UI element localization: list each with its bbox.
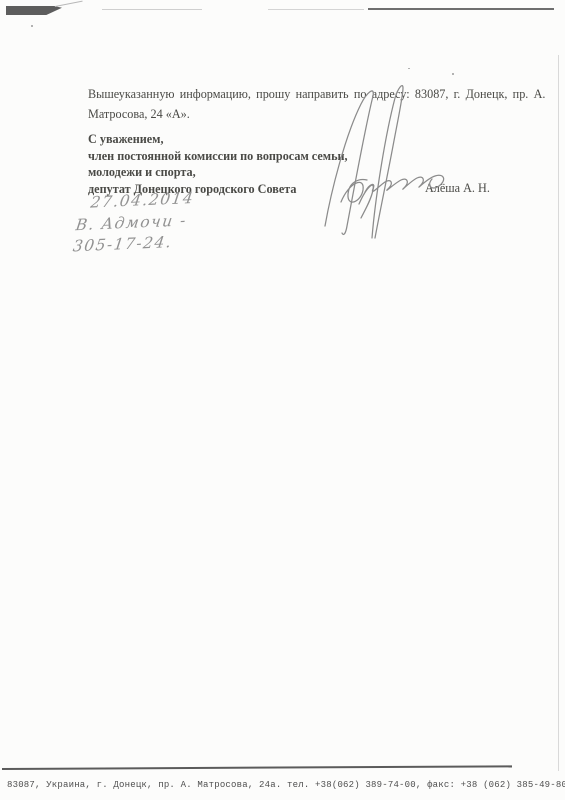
footer-divider-line [2,765,512,769]
closing-block: С уважением, член постоянной комиссии по… [88,131,348,197]
scan-speck [452,73,454,75]
scan-corner-artifact-tail [55,1,83,7]
signature-stroke [365,175,444,192]
handwritten-note: 27.04.2014 В. Адмочи - 305-17-24. [71,188,195,258]
top-edge-scan-line [102,9,202,10]
handwritten-phone: 305-17-24. [71,231,189,258]
signature-stroke [325,91,373,234]
scan-speck [408,68,410,69]
closing-line-youth-sport: молодежи и спорта, [88,164,348,181]
signature-stroke [372,86,403,238]
closing-line-commission: член постоянной комиссии по вопросам сем… [88,148,348,165]
right-paper-edge-line [558,55,559,771]
paper-fold-line [0,533,565,534]
top-edge-scan-line-dark [368,8,554,10]
scan-speck [31,25,33,27]
letter-body-paragraph: Вышеуказанную информацию, прошу направит… [88,84,514,124]
closing-line-respect: С уважением, [88,131,348,148]
scanned-letter-page: Вышеуказанную информацию, прошу направит… [0,0,565,800]
footer-contact-info: 83087, Украина, г. Донецк, пр. А. Матрос… [7,780,565,790]
body-line-1: Вышеуказанную информацию, прошу направит… [88,84,514,104]
scan-corner-artifact [6,6,62,15]
paper-fold-line [0,509,565,510]
top-edge-scan-line [268,9,364,10]
body-line-2: Матросова, 24 «А». [88,104,514,124]
handwritten-signature [315,80,450,245]
